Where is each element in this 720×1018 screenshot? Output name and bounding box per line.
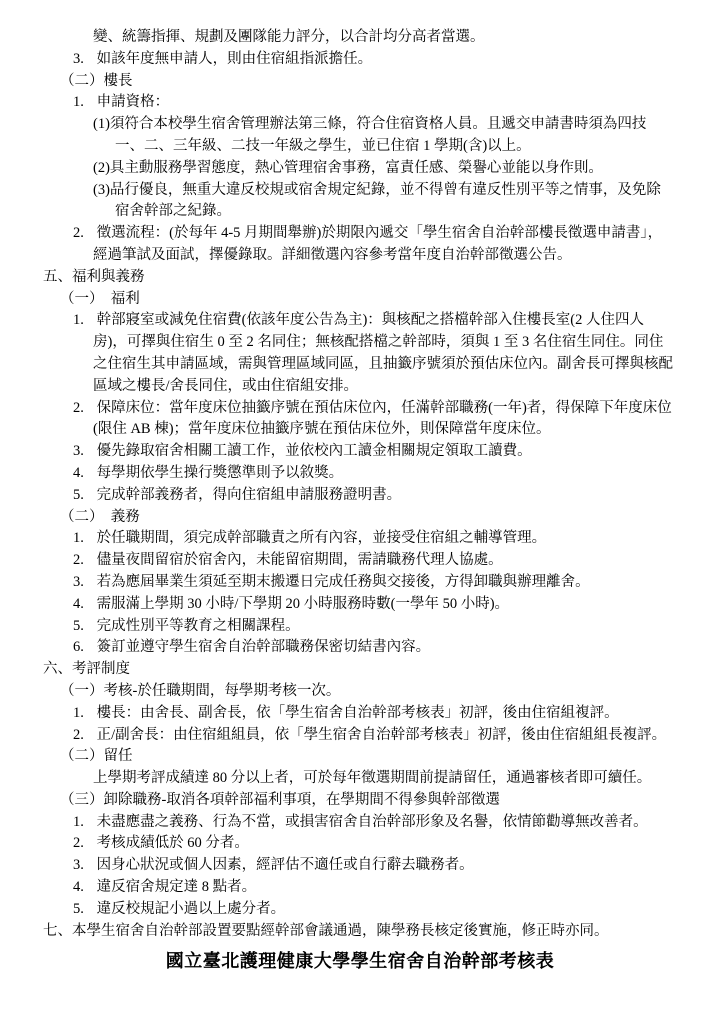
line-text: （二） 義務	[60, 509, 140, 525]
line-text: （一）考核-於任職期間，每學期考核一次。	[60, 683, 340, 699]
line-text: 七、本學生宿舍自治幹部設置要點經幹部會議通過，陳學務長核定後實施，修正時亦同。	[43, 923, 609, 939]
document-line: (限住 AB 棟)；當年度床位抽籤序號在預估床位外，則保障當年度床位。	[0, 419, 720, 441]
line-text: 完成性別平等教育之相關課程。	[97, 618, 300, 634]
line-marker: 4.	[73, 463, 93, 485]
line-text: （二）留任	[60, 748, 133, 764]
document-line: 3. 如該年度無申請人，則由住宿組指派擔任。	[0, 49, 720, 71]
document-line: （二）樓長	[0, 71, 720, 93]
document-line: 上學期考評成績達 80 分以上者，可於每年徵選期間前提請留任，通過審核者即可續任…	[0, 768, 720, 790]
document-line: 4. 違反宿舍規定達 8 點者。	[0, 877, 720, 899]
document-line: 3. 若為應屆畢業生須延至期末搬遷日完成任務與交接後，方得卸職與辦理離舍。	[0, 572, 720, 594]
line-marker: 6.	[73, 637, 93, 659]
line-marker: 3.	[73, 441, 93, 463]
line-text: 完成幹部義務者，得向住宿組申請服務證明書。	[97, 487, 402, 503]
document-line: 變、統籌指揮、規劃及團隊能力評分，以合計均分高者當選。	[0, 27, 720, 49]
line-marker: 1.	[73, 703, 93, 725]
line-text: 上學期考評成績達 80 分以上者，可於每年徵選期間前提請留任，通過審核者即可續任…	[93, 770, 651, 786]
document-line: 房)，可擇與住宿生 0 至 2 名同住；無核配搭檔之幹部時，須與 1 至 3 名…	[0, 332, 720, 354]
document-line: （一） 福利	[0, 289, 720, 311]
line-marker: 5.	[73, 616, 93, 638]
document-footer-title: 國立臺北護理健康大學學生宿舍自治幹部考核表	[0, 947, 720, 973]
line-marker: 1.	[73, 310, 93, 332]
line-text: 申請資格：	[97, 94, 170, 110]
line-text: （二）樓長	[60, 73, 133, 89]
document-line: （三）卸除職務-取消各項幹部福利事項，在學期間不得參與幹部徵選	[0, 790, 720, 812]
document-line: 1. 幹部寢室或減免住宿費(依該年度公告為主)：與核配之搭檔幹部入住樓長室(2 …	[0, 310, 720, 332]
document-line: 宿舍幹部之紀錄。	[0, 201, 720, 223]
line-marker: 3.	[73, 572, 93, 594]
line-text: 變、統籌指揮、規劃及團隊能力評分，以合計均分高者當選。	[93, 29, 485, 45]
document-line: 4. 每學期依學生操行獎懲準則予以敘獎。	[0, 463, 720, 485]
line-marker: 5.	[73, 485, 93, 507]
line-marker: 1.	[73, 528, 93, 550]
document-line: 區域之樓長/舍長同住，或由住宿組安排。	[0, 376, 720, 398]
document-line: 2. 考核成績低於 60 分者。	[0, 833, 720, 855]
document-line: 5. 完成性別平等教育之相關課程。	[0, 616, 720, 638]
line-text: (3)品行優良，無重大違反校規或宿舍規定紀錄，並不得曾有違反性別平等之情事，及免…	[93, 182, 661, 198]
document-line: （二）留任	[0, 746, 720, 768]
document-line: 六、考評制度	[0, 659, 720, 681]
line-text: 保障床位：當年度床位抽籤序號在預估床位內，任滿幹部職務(一年)者，得保障下年度床…	[97, 400, 672, 416]
line-text: 未盡應盡之義務、行為不當，或損害宿舍自治幹部形象及名譽，依情節勸導無改善者。	[97, 814, 648, 830]
line-marker: 4.	[73, 594, 93, 616]
line-text: (2)具主動服務學習態度，熱心管理宿舍事務，富責任感、榮譽心並能以身作則。	[93, 160, 603, 176]
document-line: 2. 儘量夜間留宿於宿舍內，未能留宿期間，需請職務代理人協處。	[0, 550, 720, 572]
document-line: 3. 優先錄取宿舍相關工讀工作，並依校內工讀金相關規定領取工讀費。	[0, 441, 720, 463]
line-text: 房)，可擇與住宿生 0 至 2 名同住；無核配搭檔之幹部時，須與 1 至 3 名…	[93, 334, 663, 350]
document-page: 變、統籌指揮、規劃及團隊能力評分，以合計均分高者當選。 3. 如該年度無申請人，…	[0, 0, 720, 1018]
line-text: (限住 AB 棟)；當年度床位抽籤序號在預估床位外，則保障當年度床位。	[93, 421, 551, 437]
line-marker: 2.	[73, 550, 93, 572]
line-text: 區域之樓長/舍長同住，或由住宿組安排。	[93, 378, 358, 394]
document-line: 七、本學生宿舍自治幹部設置要點經幹部會議通過，陳學務長核定後實施，修正時亦同。	[0, 921, 720, 943]
document-line: 2. 正/副舍長：由住宿組組員，依「學生宿舍自治幹部考核表」初評，後由住宿組組長…	[0, 725, 720, 747]
document-line: 1. 申請資格：	[0, 92, 720, 114]
document-line: 2. 徵選流程：(於每年 4-5 月期間舉辦)於期限內遞交「學生宿舍自治幹部樓長…	[0, 223, 720, 245]
line-text: （一） 福利	[60, 291, 140, 307]
line-text: 樓長：由舍長、副舍長，依「學生宿舍自治幹部考核表」初評，後由住宿組複評。	[97, 705, 619, 721]
line-text: 經過筆試及面試，擇優錄取。詳細徵選內容參考當年度自治幹部徵選公告。	[93, 247, 572, 263]
line-marker: 4.	[73, 877, 93, 899]
line-marker: 5.	[73, 899, 93, 921]
line-text: 簽訂並遵守學生宿舍自治幹部職務保密切結書內容。	[97, 639, 431, 655]
line-text: 違反宿舍規定達 8 點者。	[97, 879, 257, 895]
line-text: 之住宿生其申請區域，需與管理區域同區，且抽籤序號須於預估床位內。副舍長可擇與核配	[93, 356, 673, 372]
line-text: （三）卸除職務-取消各項幹部福利事項，在學期間不得參與幹部徵選	[60, 792, 500, 808]
document-line: (2)具主動服務學習態度，熱心管理宿舍事務，富責任感、榮譽心並能以身作則。	[0, 158, 720, 180]
line-marker: 2.	[73, 725, 93, 747]
document-line: 1. 於任職期間，須完成幹部職責之所有內容，並接受住宿組之輔導管理。	[0, 528, 720, 550]
line-text: 儘量夜間留宿於宿舍內，未能留宿期間，需請職務代理人協處。	[97, 552, 503, 568]
line-text: 每學期依學生操行獎懲準則予以敘獎。	[97, 465, 344, 481]
document-line: 之住宿生其申請區域，需與管理區域同區，且抽籤序號須於預估床位內。副舍長可擇與核配	[0, 354, 720, 376]
document-line: 5. 違反校規記小過以上處分者。	[0, 899, 720, 921]
line-text: 六、考評制度	[43, 661, 130, 677]
line-text: (1)須符合本校學生宿舍管理辦法第三條，符合住宿資格人員。且遞交申請書時須為四技	[93, 116, 646, 132]
document-line: 4. 需服滿上學期 30 小時/下學期 20 小時服務時數(一學年 50 小時)…	[0, 594, 720, 616]
document-line: (3)品行優良，無重大違反校規或宿舍規定紀錄，並不得曾有違反性別平等之情事，及免…	[0, 180, 720, 202]
line-marker: 2.	[73, 398, 93, 420]
line-text: 需服滿上學期 30 小時/下學期 20 小時服務時數(一學年 50 小時)。	[97, 596, 509, 612]
line-text: 徵選流程：(於每年 4-5 月期間舉辦)於期限內遞交「學生宿舍自治幹部樓長徵選申…	[97, 225, 662, 241]
line-text: 幹部寢室或減免住宿費(依該年度公告為主)：與核配之搭檔幹部入住樓長室(2 人住四…	[97, 312, 644, 328]
document-line: 五、福利與義務	[0, 267, 720, 289]
line-text: 因身心狀況或個人因素，經評估不適任或自行辭去職務者。	[97, 857, 474, 873]
document-line: 1. 未盡應盡之義務、行為不當，或損害宿舍自治幹部形象及名譽，依情節勸導無改善者…	[0, 812, 720, 834]
document-line: 2. 保障床位：當年度床位抽籤序號在預估床位內，任滿幹部職務(一年)者，得保障下…	[0, 398, 720, 420]
line-marker: 2.	[73, 833, 93, 855]
line-marker: 2.	[73, 223, 93, 245]
line-text: 考核成績低於 60 分者。	[97, 835, 249, 851]
line-marker: 3.	[73, 49, 93, 71]
document-line: （二） 義務	[0, 507, 720, 529]
document-body: 變、統籌指揮、規劃及團隊能力評分，以合計均分高者當選。 3. 如該年度無申請人，…	[0, 0, 720, 942]
line-text: 違反校規記小過以上處分者。	[97, 901, 286, 917]
document-line: 1. 樓長：由舍長、副舍長，依「學生宿舍自治幹部考核表」初評，後由住宿組複評。	[0, 703, 720, 725]
line-text: 若為應屆畢業生須延至期末搬遷日完成任務與交接後，方得卸職與辦理離舍。	[97, 574, 590, 590]
document-line: (1)須符合本校學生宿舍管理辦法第三條，符合住宿資格人員。且遞交申請書時須為四技	[0, 114, 720, 136]
line-text: 宿舍幹部之紀錄。	[115, 203, 231, 219]
line-text: 五、福利與義務	[43, 269, 145, 285]
document-line: 5. 完成幹部義務者，得向住宿組申請服務證明書。	[0, 485, 720, 507]
document-line: 經過筆試及面試，擇優錄取。詳細徵選內容參考當年度自治幹部徵選公告。	[0, 245, 720, 267]
line-marker: 1.	[73, 92, 93, 114]
document-line: 一、二、三年級、二技一年級之學生，並已住宿 1 學期(含)以上。	[0, 136, 720, 158]
line-text: 優先錄取宿舍相關工讀工作，並依校內工讀金相關規定領取工讀費。	[97, 443, 532, 459]
line-text: 正/副舍長：由住宿組組員，依「學生宿舍自治幹部考核表」初評，後由住宿組組長複評。	[97, 727, 667, 743]
line-text: 於任職期間，須完成幹部職責之所有內容，並接受住宿組之輔導管理。	[97, 530, 547, 546]
line-text: 一、二、三年級、二技一年級之學生，並已住宿 1 學期(含)以上。	[115, 138, 531, 154]
line-text: 如該年度無申請人，則由住宿組指派擔任。	[97, 51, 373, 67]
line-marker: 1.	[73, 812, 93, 834]
line-marker: 3.	[73, 855, 93, 877]
document-line: 3. 因身心狀況或個人因素，經評估不適任或自行辭去職務者。	[0, 855, 720, 877]
document-line: （一）考核-於任職期間，每學期考核一次。	[0, 681, 720, 703]
document-line: 6. 簽訂並遵守學生宿舍自治幹部職務保密切結書內容。	[0, 637, 720, 659]
